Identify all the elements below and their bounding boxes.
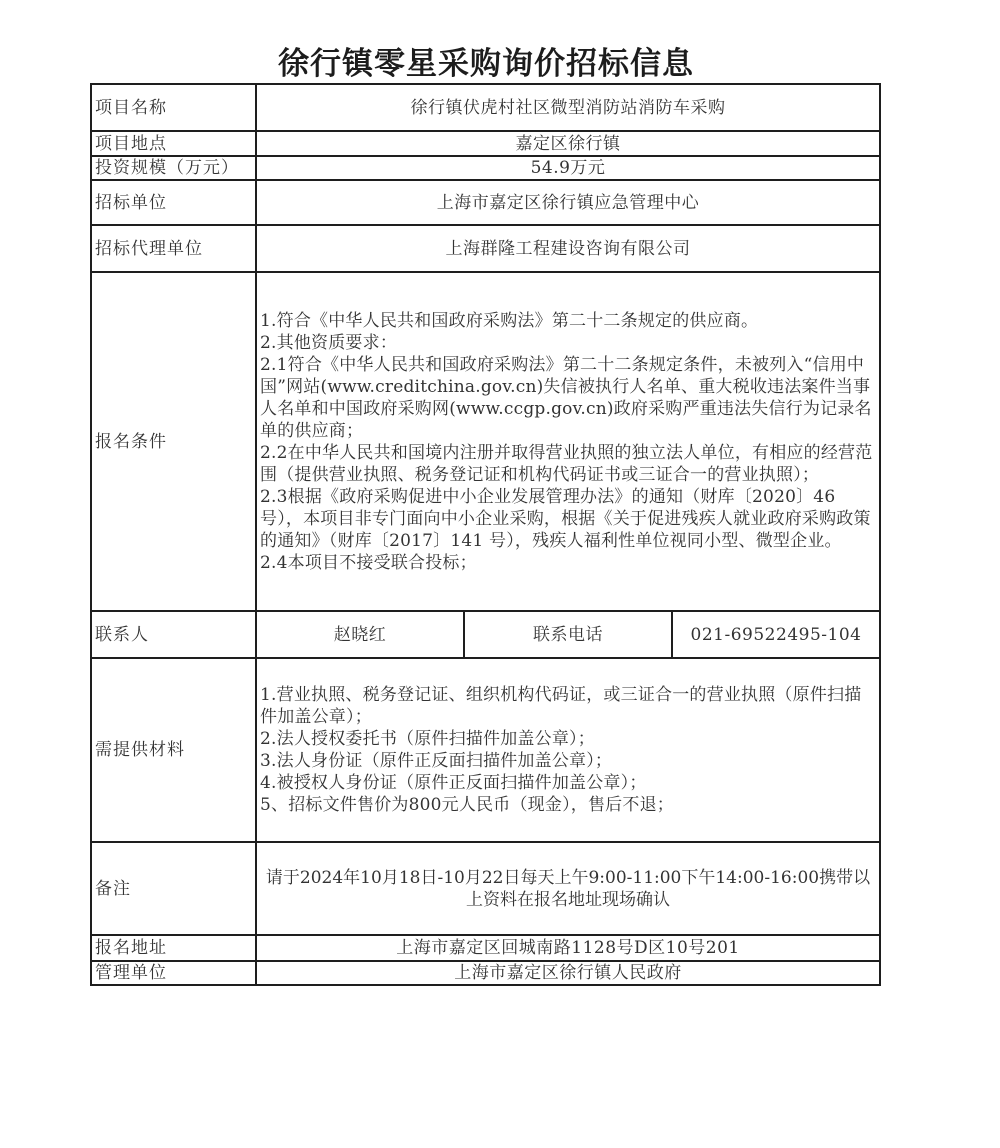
material-item: 1.营业执照、税务登记证、组织机构代码证，或三证合一的营业执照（原件扫描件加盖公… [260,684,877,728]
condition-item: 1.符合《中华人民共和国政府采购法》第二十二条规定的供应商。 [260,310,877,332]
condition-item: 2.其他资质要求： [260,332,877,354]
material-item: 5、招标文件售价为800元人民币（现金），售后不退； [260,794,877,816]
label-required-materials: 需提供材料 [91,658,256,842]
row-contact: 联系人 赵晓红 联系电话 021-69522495-104 [91,611,880,658]
row-required-materials: 需提供材料 1.营业执照、税务登记证、组织机构代码证，或三证合一的营业执照（原件… [91,658,880,842]
value-tendering-unit: 上海市嘉定区徐行镇应急管理中心 [256,180,880,225]
material-item: 2.法人授权委托书（原件扫描件加盖公章）； [260,728,877,750]
value-contact-person: 赵晓红 [256,611,464,658]
tender-info-table: 项目名称 徐行镇伏虎村社区微型消防站消防车采购 项目地点 嘉定区徐行镇 投资规模… [90,83,881,986]
row-registration-address: 报名地址 上海市嘉定区回城南路1128号D区10号201 [91,935,880,961]
label-registration-address: 报名地址 [91,935,256,961]
label-tendering-unit: 招标单位 [91,180,256,225]
row-project-name: 项目名称 徐行镇伏虎村社区微型消防站消防车采购 [91,84,880,131]
label-project-site: 项目地点 [91,131,256,156]
value-required-materials: 1.营业执照、税务登记证、组织机构代码证，或三证合一的营业执照（原件扫描件加盖公… [256,658,880,842]
value-remarks: 请于2024年10月18日-10月22日每天上午9:00-11:00下午14:0… [256,842,880,935]
value-contact-phone: 021-69522495-104 [672,611,880,658]
row-investment: 投资规模（万元） 54.9万元 [91,156,880,180]
value-agency: 上海群隆工程建设咨询有限公司 [256,225,880,272]
label-contact-phone: 联系电话 [464,611,672,658]
condition-item: 2.4本项目不接受联合投标； [260,552,877,574]
condition-item: 2.3根据《政府采购促进中小企业发展管理办法》的通知（财库〔2020〕46号），… [260,486,877,552]
label-registration-conditions: 报名条件 [91,272,256,611]
value-investment: 54.9万元 [256,156,880,180]
row-registration-conditions: 报名条件 1.符合《中华人民共和国政府采购法》第二十二条规定的供应商。 2.其他… [91,272,880,611]
row-agency: 招标代理单位 上海群隆工程建设咨询有限公司 [91,225,880,272]
document-title: 徐行镇零星采购询价招标信息 [0,44,972,84]
value-management-unit: 上海市嘉定区徐行镇人民政府 [256,961,880,985]
label-contact-person: 联系人 [91,611,256,658]
value-project-site: 嘉定区徐行镇 [256,131,880,156]
label-remarks: 备注 [91,842,256,935]
condition-item: 2.2在中华人民共和国境内注册并取得营业执照的独立法人单位，有相应的经营范围（提… [260,442,877,486]
condition-item: 2.1符合《中华人民共和国政府采购法》第二十二条规定条件，未被列入“信用中国”网… [260,354,877,442]
value-registration-conditions: 1.符合《中华人民共和国政府采购法》第二十二条规定的供应商。 2.其他资质要求：… [256,272,880,611]
value-project-name: 徐行镇伏虎村社区微型消防站消防车采购 [256,84,880,131]
material-item: 3.法人身份证（原件正反面扫描件加盖公章）； [260,750,877,772]
row-management-unit: 管理单位 上海市嘉定区徐行镇人民政府 [91,961,880,985]
label-project-name: 项目名称 [91,84,256,131]
label-management-unit: 管理单位 [91,961,256,985]
row-tendering-unit: 招标单位 上海市嘉定区徐行镇应急管理中心 [91,180,880,225]
row-remarks: 备注 请于2024年10月18日-10月22日每天上午9:00-11:00下午1… [91,842,880,935]
value-registration-address: 上海市嘉定区回城南路1128号D区10号201 [256,935,880,961]
row-project-site: 项目地点 嘉定区徐行镇 [91,131,880,156]
material-item: 4.被授权人身份证（原件正反面扫描件加盖公章）； [260,772,877,794]
label-investment: 投资规模（万元） [91,156,256,180]
label-agency: 招标代理单位 [91,225,256,272]
